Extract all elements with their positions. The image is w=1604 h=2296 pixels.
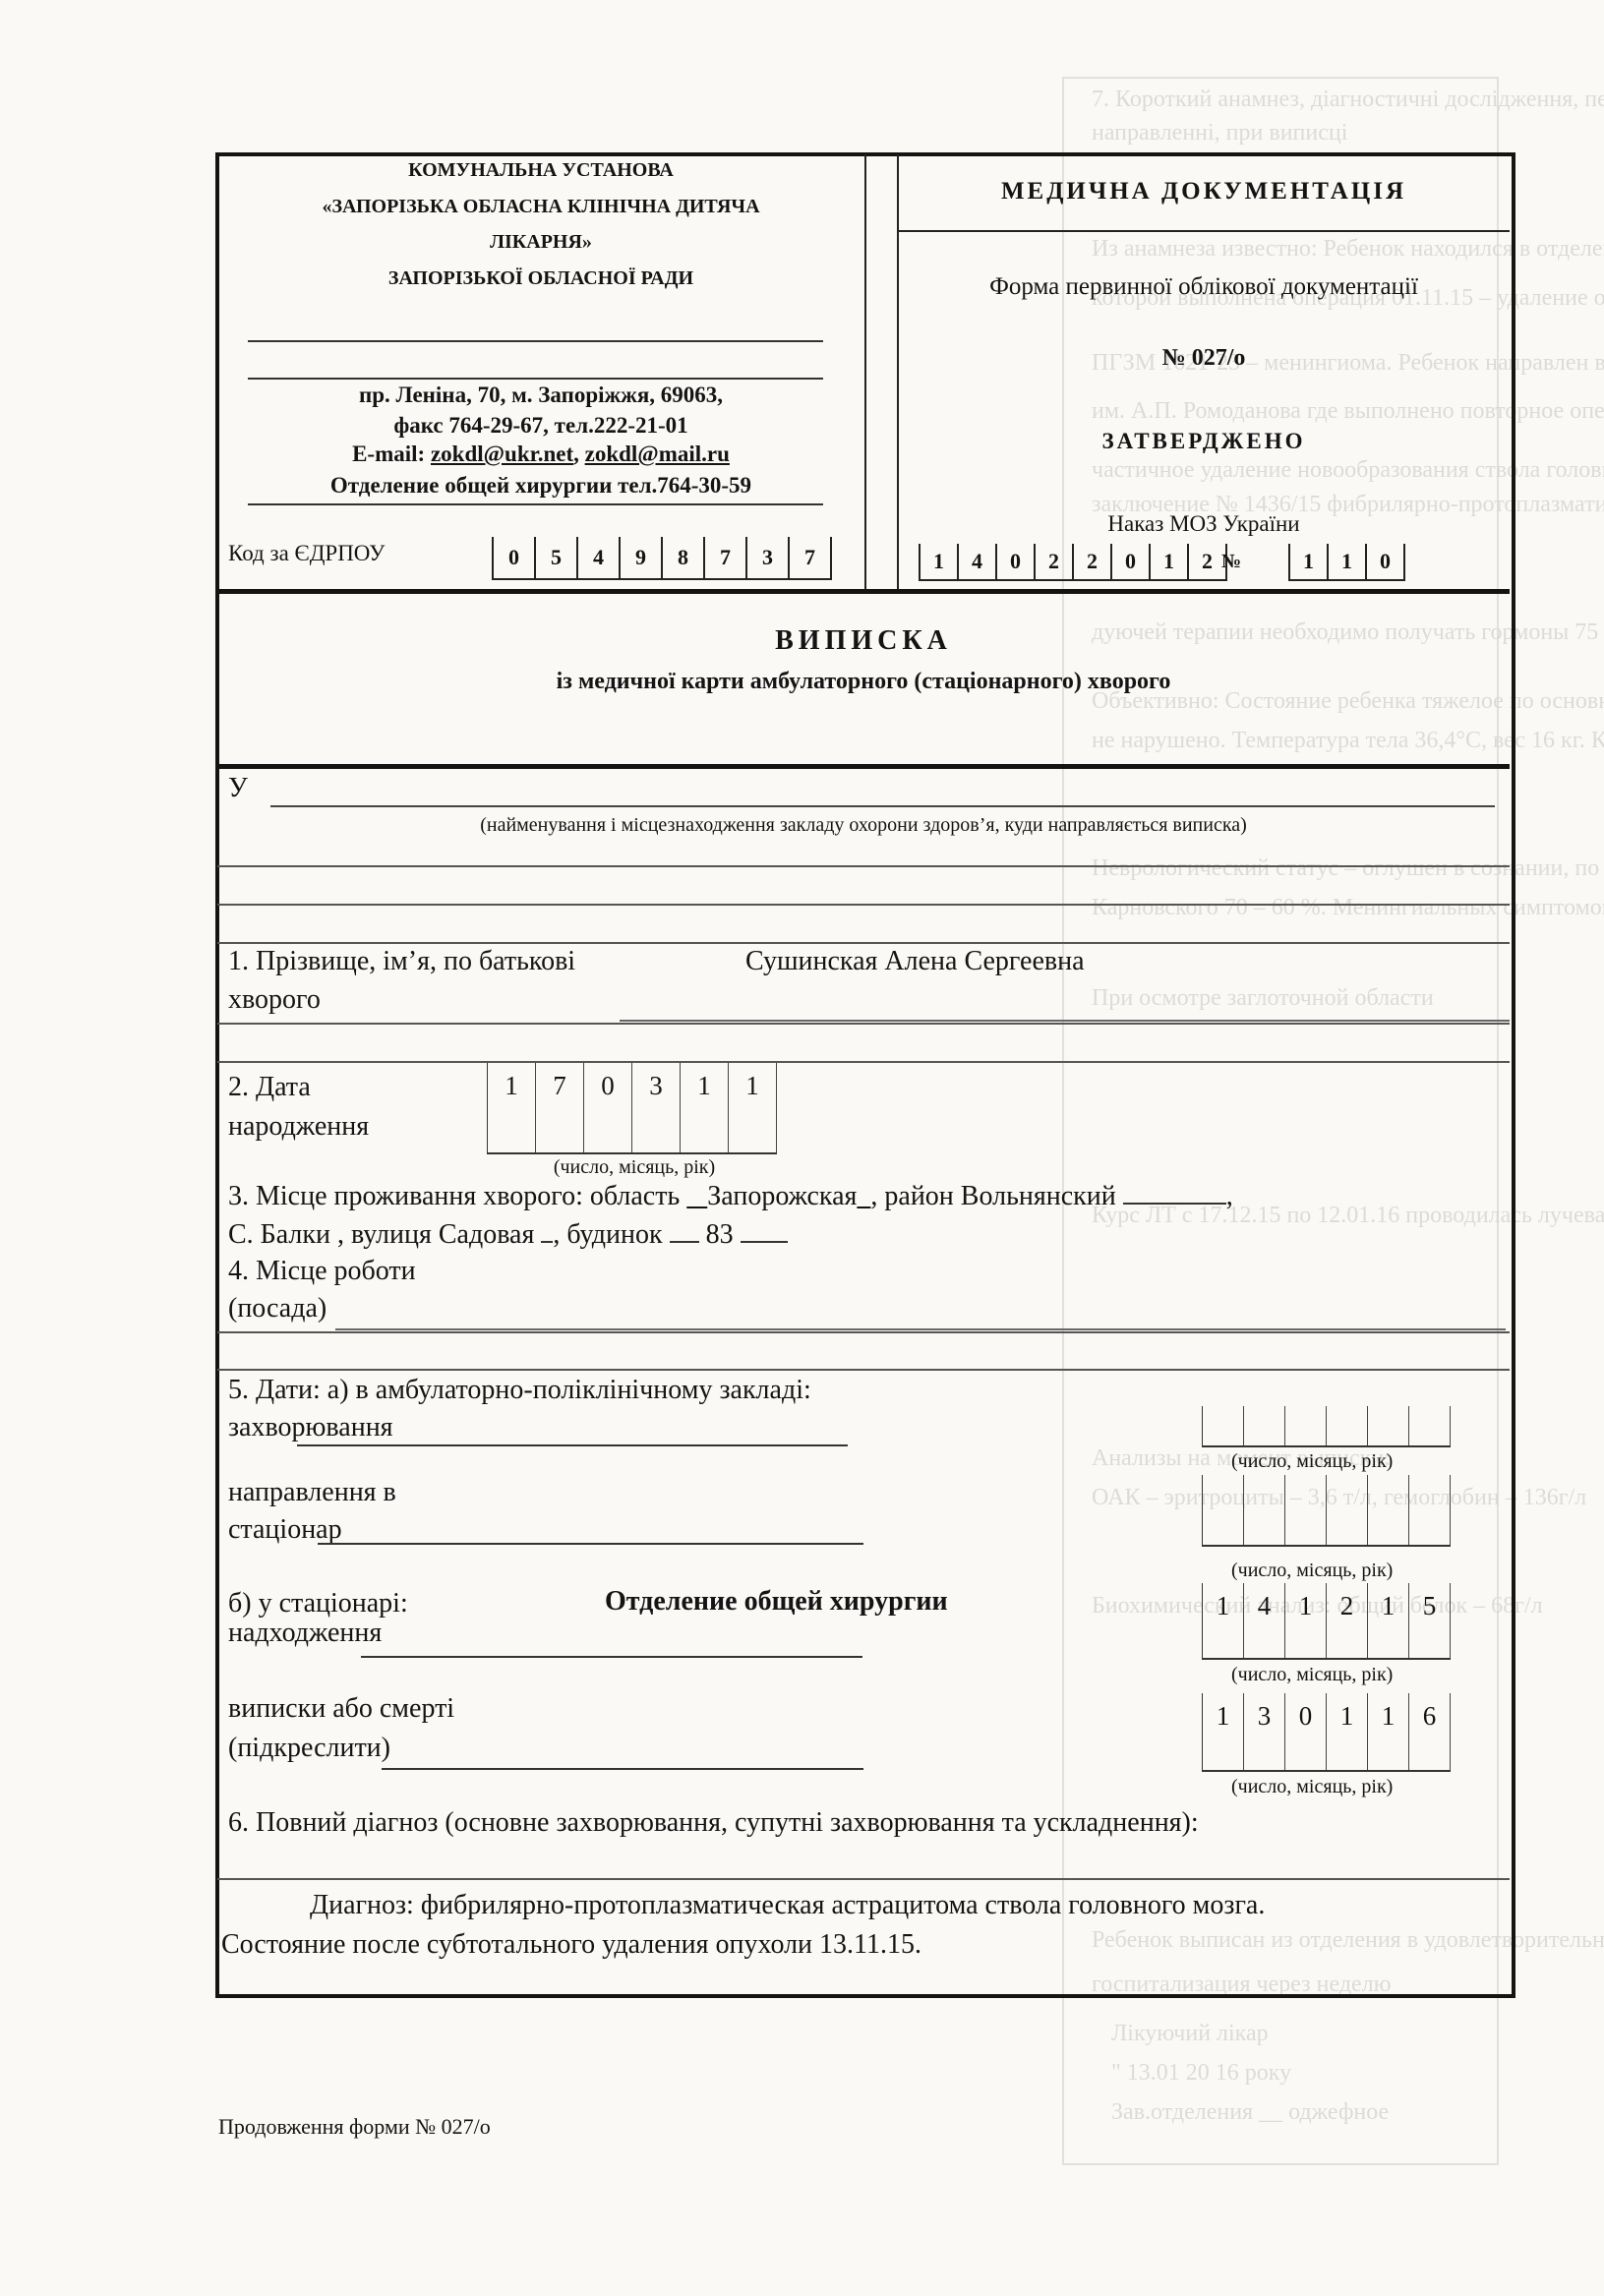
discharge-label-1: виписки або смерті <box>228 1693 454 1725</box>
street-value[interactable]: Садовая <box>439 1219 535 1250</box>
residence-label: 3. Місце проживання хворого: область <box>228 1181 680 1211</box>
referral-digit <box>1409 1475 1451 1545</box>
edrpou-digit: 7 <box>705 537 747 578</box>
edrpou-digit: 5 <box>536 537 578 578</box>
discharge-digit: 6 <box>1409 1693 1451 1770</box>
section-rule <box>217 865 1510 867</box>
referral-input[interactable] <box>318 1543 863 1545</box>
institution-line-2: «ЗАПОРІЗЬКА ОБЛАСНА КЛІНІЧНА ДИТЯЧА <box>217 196 864 218</box>
order-date-digit: 0 <box>997 544 1036 579</box>
document-title: ВИПИСКА <box>217 625 1510 657</box>
title-bottom-rule <box>217 764 1510 769</box>
section-rule <box>217 942 1510 944</box>
admission-digit: 5 <box>1409 1583 1451 1658</box>
dob-digit: 0 <box>584 1063 632 1152</box>
institution-rule-1 <box>248 340 823 342</box>
order-number-digit: 1 <box>1329 544 1367 579</box>
order-date-digit: 2 <box>1036 544 1074 579</box>
illness-digit <box>1244 1406 1285 1445</box>
institution-rule-2 <box>248 378 823 380</box>
house-value[interactable]: 83 <box>706 1219 734 1250</box>
dob-hint: (число, місяць, рік) <box>487 1156 782 1179</box>
institution-department: Отделение общей хирургии тел.764-30-59 <box>217 473 864 499</box>
institution-line-4: ЗАПОРІЗЬКОЇ ОБЛАСНОЇ РАДИ <box>217 267 864 290</box>
section-rule <box>217 1331 1510 1333</box>
edrpou-label: Код за ЄДРПОУ <box>228 541 385 566</box>
header-title-rule <box>898 230 1510 232</box>
admission-digit: 1 <box>1368 1583 1409 1658</box>
street-label: , вулиця <box>337 1219 432 1250</box>
institution-rule-3 <box>248 503 823 505</box>
edrpou-digit: 8 <box>663 537 705 578</box>
diagnosis-line-1[interactable]: Диагноз: фибрилярно-протоплазматическая … <box>310 1890 1265 1921</box>
discharge-digit: 1 <box>1368 1693 1409 1770</box>
referral-digit <box>1327 1475 1368 1545</box>
bleed-text: Лікуючий лікар <box>1111 2021 1269 2047</box>
admission-digit: 1 <box>1285 1583 1327 1658</box>
edrpou-digit: 7 <box>790 537 832 578</box>
dates-heading: 5. Дати: а) в амбулаторно-поліклінічному… <box>228 1375 811 1406</box>
work-label-1: 4. Місце роботи <box>228 1256 416 1287</box>
recipient-input[interactable] <box>270 805 1495 807</box>
house-label: , будинок <box>553 1219 662 1250</box>
discharge-digit: 1 <box>1203 1693 1244 1770</box>
order-date-digit: 0 <box>1112 544 1151 579</box>
referral-hint: (число, місяць, рік) <box>1231 1560 1393 1582</box>
region-value[interactable]: Запорожская <box>707 1181 857 1211</box>
dob-digit: 1 <box>488 1063 536 1152</box>
bleed-text: направленні, при виписці <box>1092 120 1347 147</box>
medical-documentation-title: МЕДИЧНА ДОКУМЕНТАЦІЯ <box>899 178 1509 206</box>
referral-date-box[interactable] <box>1202 1475 1451 1547</box>
recipient-hint: (найменування і місцезнаходження закладу… <box>217 814 1510 837</box>
order-label: Наказ МОЗ України <box>899 511 1509 537</box>
bleed-text: 7. Короткий анамнез, діагностичні дослід… <box>1092 87 1604 113</box>
dob-digit: 3 <box>632 1063 681 1152</box>
discharge-hint: (число, місяць, рік) <box>1231 1776 1393 1798</box>
discharge-digit: 1 <box>1327 1693 1368 1770</box>
discharge-date-box[interactable]: 130116 <box>1202 1693 1451 1772</box>
order-number-digit: 0 <box>1367 544 1405 579</box>
dob-digit: 7 <box>536 1063 584 1152</box>
referral-digit <box>1244 1475 1285 1545</box>
order-number-sign: № <box>1221 551 1241 573</box>
order-number-code-box: 110 <box>1288 544 1405 581</box>
edrpou-digit: 0 <box>494 537 536 578</box>
document-subtitle: із медичної карти амбулаторного (стаціон… <box>217 669 1510 695</box>
edrpou-digit: 3 <box>747 537 790 578</box>
header-divider-left <box>864 154 866 592</box>
patient-name-underline <box>620 1020 1510 1022</box>
dob-date-box[interactable]: 170311 <box>487 1063 777 1154</box>
email-separator: , <box>573 442 585 466</box>
discharge-digit: 3 <box>1244 1693 1285 1770</box>
illness-digit <box>1327 1406 1368 1445</box>
district-label: , район <box>870 1181 953 1211</box>
diagnosis-label: 6. Повний діагноз (основне захворювання,… <box>228 1807 1199 1839</box>
institution-email: E-mail: zokdl@ukr.net, zokdl@mail.ru <box>217 442 864 467</box>
institution-line-3: ЛІКАРНЯ» <box>217 231 864 254</box>
order-date-digit: 1 <box>1151 544 1189 579</box>
illness-label: захворювання <box>228 1412 393 1443</box>
illness-digit <box>1409 1406 1451 1445</box>
work-label-2: (посада) <box>228 1293 327 1325</box>
illness-digit <box>1285 1406 1327 1445</box>
order-number-digit: 1 <box>1290 544 1329 579</box>
village-value[interactable]: С. Балки <box>228 1219 330 1250</box>
illness-input[interactable] <box>297 1444 848 1446</box>
residence-line-2: С. Балки , вулиця Садовая , будинок 83 <box>228 1219 788 1251</box>
district-value[interactable]: Вольнянский <box>961 1181 1116 1211</box>
referral-digit <box>1203 1475 1244 1545</box>
institution-phones: факс 764-29-67, тел.222-21-01 <box>217 413 864 439</box>
dob-digit: 1 <box>681 1063 729 1152</box>
bleed-text: " 13.01 20 16 року <box>1111 2060 1291 2087</box>
discharge-digit: 0 <box>1285 1693 1327 1770</box>
order-date-digit: 2 <box>1074 544 1112 579</box>
edrpou-digit: 4 <box>578 537 621 578</box>
order-date-digit: 4 <box>959 544 997 579</box>
illness-digit <box>1203 1406 1244 1445</box>
patient-name-label-2: хворого <box>228 984 321 1016</box>
inpatient-label-2: надходження <box>228 1618 382 1649</box>
discharge-label-2: (підкреслити) <box>228 1733 390 1764</box>
inpatient-department[interactable]: Отделение общей хирургии <box>605 1586 948 1618</box>
referral-label-2: стаціонар <box>228 1514 342 1546</box>
illness-hint: (число, місяць, рік) <box>1231 1450 1393 1473</box>
admission-input[interactable] <box>361 1656 862 1658</box>
form-label: Форма первинної облікової документації <box>899 273 1509 301</box>
dob-label-1: 2. Дата <box>228 1072 311 1103</box>
approved-label: ЗАТВЕРДЖЕНО <box>899 429 1509 454</box>
email-link-1[interactable]: zokdl@ukr.net <box>431 442 573 466</box>
dob-label-2: народження <box>228 1111 369 1143</box>
header-bottom-rule <box>217 589 1510 594</box>
institution-address: пр. Леніна, 70, м. Запоріжжя, 69063, <box>217 383 864 408</box>
patient-name-label-1: 1. Прізвище, ім’я, по батькові <box>228 946 575 977</box>
form-number: № 027/о <box>899 345 1509 372</box>
admission-date-box[interactable]: 141215 <box>1202 1583 1451 1660</box>
section-rule <box>217 1369 1510 1371</box>
dob-digit: 1 <box>729 1063 777 1152</box>
bleed-text: Зав.отделения __ оджефное <box>1111 2099 1389 2126</box>
referral-label-1: направлення в <box>228 1477 396 1508</box>
institution-line-1: КОМУНАЛЬНА УСТАНОВА <box>217 159 864 182</box>
referral-digit <box>1285 1475 1327 1545</box>
referral-digit <box>1368 1475 1409 1545</box>
illness-date-box[interactable] <box>1202 1406 1451 1447</box>
patient-name-value[interactable]: Сушинская Алена Сергеевна <box>745 946 1085 977</box>
residence-line-1: 3. Місце проживання хворого: область Зап… <box>228 1181 1233 1212</box>
email-label: E-mail: <box>352 442 431 466</box>
admission-digit: 4 <box>1244 1583 1285 1658</box>
inpatient-label-1: б) у стаціонарі: <box>228 1588 408 1619</box>
order-date-code-box: 14022012 <box>919 544 1227 581</box>
order-date-digit: 1 <box>921 544 959 579</box>
continuation-note: Продовження форми № 027/о <box>218 2114 491 2140</box>
recipient-prefix: У <box>228 773 248 804</box>
edrpou-digit: 9 <box>621 537 663 578</box>
admission-digit: 2 <box>1327 1583 1368 1658</box>
edrpou-code-box: 05498737 <box>492 537 832 580</box>
admission-digit: 1 <box>1203 1583 1244 1658</box>
section-rule <box>217 1061 1510 1063</box>
illness-digit <box>1368 1406 1409 1445</box>
diagnosis-line-2[interactable]: Состояние после субтотального удаления о… <box>221 1929 921 1961</box>
email-link-2[interactable]: zokdl@mail.ru <box>585 442 730 466</box>
work-input[interactable] <box>335 1328 1506 1330</box>
section-rule <box>217 904 1510 906</box>
discharge-input[interactable] <box>382 1768 863 1770</box>
admission-hint: (число, місяць, рік) <box>1231 1664 1393 1686</box>
section-rule <box>217 1878 1510 1880</box>
section-rule <box>217 1023 1510 1025</box>
